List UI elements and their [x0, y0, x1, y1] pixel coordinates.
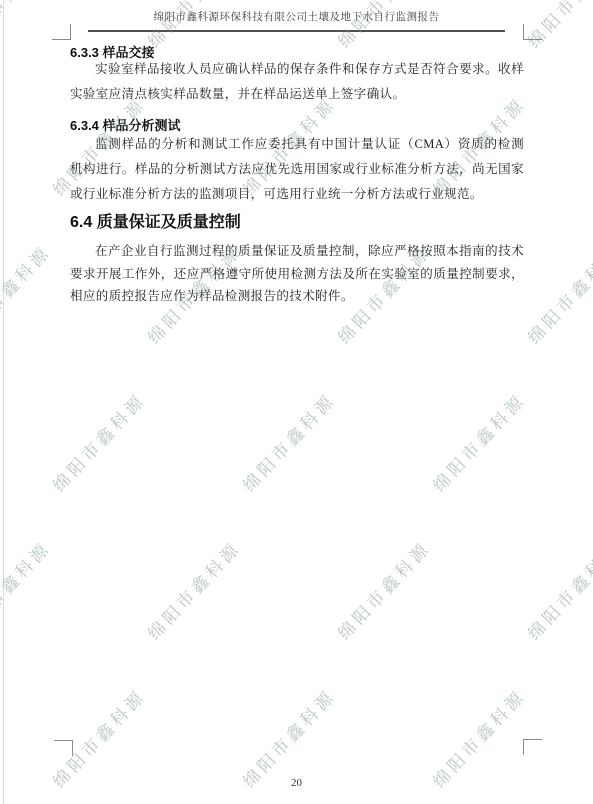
crop-mark-top-right [523, 24, 542, 40]
watermark-text: 绵阳市鑫科源 [46, 387, 150, 496]
section-paragraph-6-3-3: 实验室样品接收人员应确认样品的保存条件和保存方式是否符合要求。收样实验室应清点核… [70, 57, 524, 107]
crop-mark-bottom-right [523, 739, 542, 755]
watermark-text: 绵阳市鑫科源 [426, 683, 530, 792]
watermark-text: 绵阳市鑫科源 [46, 683, 150, 792]
watermark-text: 绵阳市鑫科源 [521, 239, 593, 348]
document-page: 绵阳市鑫科源环保科技有限公司土壤及地下水自行监测报告 6.3.3 样品交接 实验… [0, 0, 593, 804]
watermark-text: 绵阳市鑫科源 [141, 0, 245, 52]
watermark-text: 绵阳市鑫科源 [236, 387, 340, 496]
page-number: 20 [0, 777, 593, 789]
watermark-text: 绵阳市鑫科源 [331, 0, 435, 52]
watermark-text: 绵阳市鑫科源 [331, 535, 435, 644]
watermark-text: 绵阳市鑫科源 [426, 387, 530, 496]
section-heading-6-4: 6.4 质量保证及质量控制 [70, 209, 241, 232]
crop-mark-top-left [52, 24, 71, 40]
section-paragraph-6-4: 在产企业自行监测过程的质量保证及质量控制，除应严格按照本指南的技术要求开展工作外… [70, 240, 524, 308]
watermark-text: 绵阳市鑫科源 [0, 0, 55, 52]
page-edge-line [3, 0, 4, 804]
header-rule [88, 30, 505, 32]
crop-mark-bottom-left [54, 740, 73, 756]
header-title: 绵阳市鑫科源环保科技有限公司土壤及地下水自行监测报告 [0, 9, 593, 24]
watermark-text: 绵阳市鑫科源 [0, 535, 55, 644]
watermark-text: 绵阳市鑫科源 [236, 683, 340, 792]
watermark-text: 绵阳市鑫科源 [141, 535, 245, 644]
watermark-text: 绵阳市鑫科源 [521, 535, 593, 644]
watermark-text: 绵阳市鑫科源 [0, 239, 55, 348]
section-paragraph-6-3-4: 监测样品的分析和测试工作应委托具有中国计量认证（CMA）资质的检测机构进行。样品… [70, 132, 524, 207]
